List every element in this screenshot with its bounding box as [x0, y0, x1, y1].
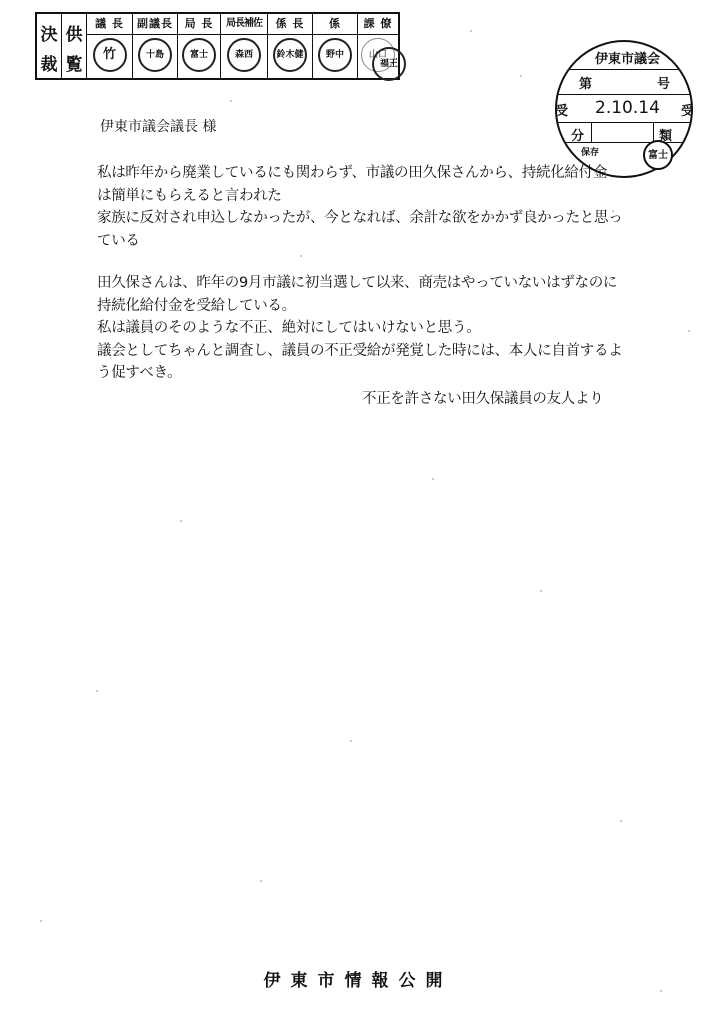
column-header: 副議長: [133, 14, 177, 35]
seal-stamp: 富士: [182, 38, 216, 72]
body-line: 議会としてちゃんと調査し、議員の不正受給が発覚した時には、本人に自首するよ: [97, 340, 637, 363]
receipt-divider: [557, 142, 691, 143]
receipt-org: 伊東市議会: [595, 48, 660, 67]
decision-label-bottom: 裁: [37, 50, 61, 75]
column-header: 議 長: [87, 14, 132, 35]
body-line: は簡単にもらえると言われた: [97, 185, 637, 208]
decision-column: 決 裁: [37, 14, 61, 78]
column-header: 局 長: [178, 14, 220, 35]
receipt-divider: [653, 122, 654, 142]
circulation-label-top: 供: [62, 20, 86, 45]
receipt-divider: [557, 94, 691, 95]
footer-disclosure-label: 伊東市情報公開: [0, 966, 704, 991]
column-header: 係: [313, 14, 357, 35]
stamp-column-vice-chairman: 副議長 十島: [132, 14, 177, 78]
addressee: 伊東市議会議長 様: [100, 116, 216, 136]
receipt-edge-right: 受: [681, 100, 693, 119]
approval-stamp-table: 決 裁 供 覧 議 長 竹 副議長 十島 局 長 富士 局長補佐 森西 係 長 …: [35, 12, 400, 80]
body-line: 家族に反対され申込しなかったが、今となれば、余計な欲をかかず良かったと思っ: [97, 207, 637, 230]
receipt-edge-left: 受: [555, 100, 568, 119]
extra-seal-stamp: 福王: [372, 47, 406, 81]
seal-stamp: 森西: [227, 38, 261, 72]
column-header: 課 僚: [358, 14, 398, 35]
body-line: 持続化給付金を受給している。: [97, 295, 637, 318]
seal-stamp: 竹: [93, 38, 127, 72]
body-line: う促すべき。: [97, 362, 637, 385]
receipt-date: 2.10.14: [595, 98, 660, 118]
column-header: 係 長: [268, 14, 312, 35]
stamp-column-staff: 係 野中: [312, 14, 357, 78]
stamp-column-deputy-director: 局長補佐 森西: [220, 14, 267, 78]
seal-stamp: 野中: [318, 38, 352, 72]
receipt-divider: [557, 69, 691, 70]
receipt-retention-label: 保存: [581, 145, 599, 158]
body-line: ている: [97, 230, 637, 253]
seal-stamp: 十島: [138, 38, 172, 72]
stamp-column-section-chief: 係 長 鈴木健: [267, 14, 312, 78]
receipt-seal: 富士: [643, 140, 673, 170]
seal-stamp: 鈴木健: [273, 38, 307, 72]
receipt-divider: [557, 122, 691, 123]
body-line: 田久保さんは、昨年の9月市議に初当選して以来、商売はやっていないはずなのに: [97, 272, 637, 295]
letter-body: 私は昨年から廃業しているにも関わらず、市議の田久保さんから、持続化給付金 は簡単…: [97, 162, 637, 385]
signature: 不正を許さない田久保議員の友人より: [362, 387, 603, 408]
stamp-column-chairman: 議 長 竹: [86, 14, 132, 78]
body-line: 私は議員のそのような不正、絶対にしてはいけないと思う。: [97, 317, 637, 340]
circulation-column: 供 覧: [61, 14, 86, 78]
column-header: 局長補佐: [221, 14, 267, 35]
circulation-label-bottom: 覧: [62, 50, 86, 75]
decision-label-top: 決: [37, 20, 61, 45]
body-line: 私は昨年から廃業しているにも関わらず、市議の田久保さんから、持続化給付金: [97, 162, 637, 185]
receipt-divider: [591, 122, 592, 142]
receipt-number-suffix: 号: [657, 73, 670, 92]
stamp-column-director: 局 長 富士: [177, 14, 220, 78]
paragraph-gap: [97, 252, 637, 272]
receipt-number-label: 第: [579, 73, 592, 92]
